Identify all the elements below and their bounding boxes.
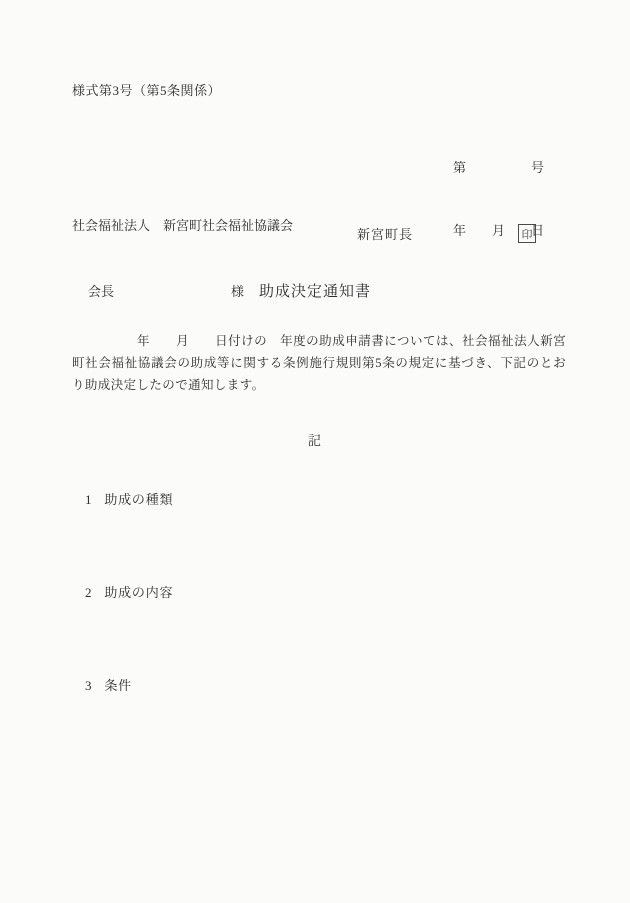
record-marker: 記 bbox=[0, 430, 630, 449]
sender-row: 新宮町長 印 bbox=[357, 224, 536, 243]
sender-name: 新宮町長 bbox=[357, 224, 413, 243]
addressee-block: 社会福祉法人 新宮町社会福祉協議会 会長 様 bbox=[72, 171, 293, 347]
list-item: 1助成の種類 bbox=[85, 489, 173, 508]
seal-stamp: 印 bbox=[518, 224, 536, 243]
document-title: 助成決定通知書 bbox=[0, 280, 630, 301]
document-page: 様式第3号（第5条関係） 第 号 年 月 日 社会福祉法人 新宮町社会福祉協議会… bbox=[0, 0, 630, 903]
list-item: 2助成の内容 bbox=[85, 582, 173, 601]
item-number: 1 bbox=[85, 492, 92, 507]
item-label: 助成の内容 bbox=[104, 585, 173, 600]
document-number-line: 第 号 bbox=[453, 157, 544, 178]
item-label: 条件 bbox=[104, 678, 132, 693]
form-number: 様式第3号（第5条関係） bbox=[72, 80, 221, 99]
item-number: 2 bbox=[85, 585, 92, 600]
item-number: 3 bbox=[85, 678, 92, 693]
list-item: 3条件 bbox=[85, 675, 132, 694]
document-number-block: 第 号 年 月 日 bbox=[453, 115, 544, 283]
item-label: 助成の種類 bbox=[104, 492, 173, 507]
body-paragraph: 年 月 日付けの 年度の助成申請書については、社会福祉法人新宮町社会福祉協議会の… bbox=[72, 330, 566, 396]
addressee-organization: 社会福祉法人 新宮町社会福祉協議会 bbox=[72, 215, 293, 237]
